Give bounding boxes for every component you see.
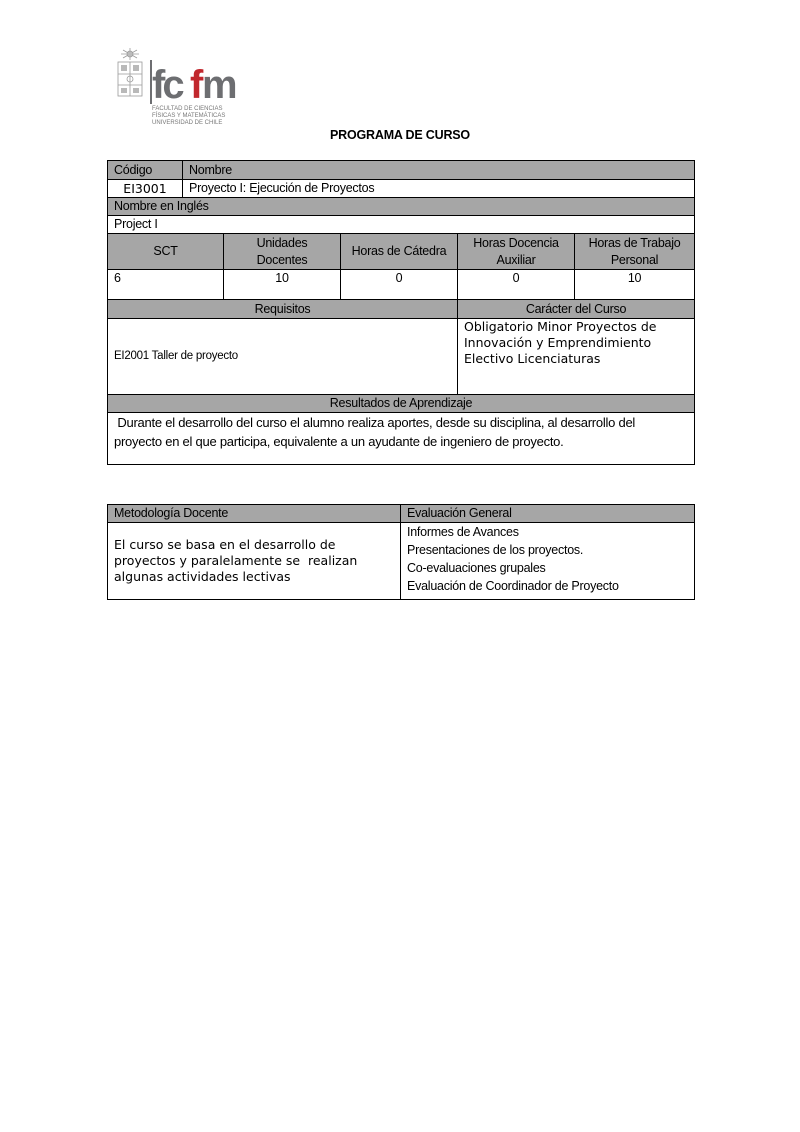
resultados-line: Durante el desarrollo del curso el alumn… xyxy=(114,413,688,432)
svg-text:UNIVERSIDAD DE CHILE: UNIVERSIDAD DE CHILE xyxy=(152,120,222,126)
methodology-table: Metodología Docente Evaluación General E… xyxy=(107,504,695,600)
horas-auxiliar-header: Horas Docencia Auxiliar xyxy=(458,234,575,270)
course-name-english: Project I xyxy=(108,216,695,234)
caracter-line: Electivo Licenciaturas xyxy=(464,351,688,367)
evaluacion-list: Informes de Avances Presentaciones de lo… xyxy=(401,523,695,600)
nombre-ingles-header: Nombre en Inglés xyxy=(108,198,695,216)
nombre-header: Nombre xyxy=(183,161,695,180)
unidades-docentes-value: 10 xyxy=(224,270,341,300)
university-crest-icon: fc f m FACULTAD DE CIENCIAS FÍSICAS Y MA… xyxy=(112,46,238,128)
svg-text:FÍSICAS Y MATEMÁTICAS: FÍSICAS Y MATEMÁTICAS xyxy=(152,112,225,119)
svg-text:FACULTAD DE CIENCIAS: FACULTAD DE CIENCIAS xyxy=(152,106,222,112)
horas-personal-value: 10 xyxy=(575,270,695,300)
horas-personal-header: Horas de Trabajo Personal xyxy=(575,234,695,270)
sct-value: 6 xyxy=(108,270,224,300)
course-code: EI3001 xyxy=(108,180,183,198)
resultados-header: Resultados de Aprendizaje xyxy=(108,395,695,413)
page-title: PROGRAMA DE CURSO xyxy=(0,128,800,142)
caracter-header: Carácter del Curso xyxy=(458,300,695,319)
metodologia-line: algunas actividades lectivas xyxy=(114,569,394,585)
resultados-line: proyecto en el que participa, equivalent… xyxy=(114,432,688,451)
horas-catedra-value: 0 xyxy=(341,270,458,300)
evaluacion-header: Evaluación General xyxy=(401,505,695,523)
evaluacion-item: Informes de Avances xyxy=(407,523,688,541)
requisitos-header: Requisitos xyxy=(108,300,458,319)
svg-text:m: m xyxy=(202,63,236,107)
svg-text:fc: fc xyxy=(152,63,184,107)
sct-header: SCT xyxy=(108,234,224,270)
metodologia-line: proyectos y paralelamente se realizan xyxy=(114,553,394,569)
evaluacion-item: Presentaciones de los proyectos. xyxy=(407,541,688,559)
resultados-value: Durante el desarrollo del curso el alumn… xyxy=(108,413,695,465)
metodologia-value: El curso se basa en el desarrollo de pro… xyxy=(108,523,401,600)
codigo-header: Código xyxy=(108,161,183,180)
caracter-value: Obligatorio Minor Proyectos de Innovació… xyxy=(458,319,695,395)
fcfm-logo: fc f m FACULTAD DE CIENCIAS FÍSICAS Y MA… xyxy=(112,46,238,128)
horas-auxiliar-value: 0 xyxy=(458,270,575,300)
unidades-docentes-header: Unidades Docentes xyxy=(224,234,341,270)
metodologia-header: Metodología Docente xyxy=(108,505,401,523)
caracter-line: Innovación y Emprendimiento xyxy=(464,335,688,351)
horas-catedra-header: Horas de Cátedra xyxy=(341,234,458,270)
course-info-table: Código Nombre EI3001 Proyecto I: Ejecuci… xyxy=(107,160,695,465)
course-name: Proyecto I: Ejecución de Proyectos xyxy=(183,180,695,198)
caracter-line: Obligatorio Minor Proyectos de xyxy=(464,319,688,335)
evaluacion-item: Co-evaluaciones grupales xyxy=(407,559,688,577)
evaluacion-item: Evaluación de Coordinador de Proyecto xyxy=(407,577,688,595)
metodologia-line: El curso se basa en el desarrollo de xyxy=(114,537,394,553)
requisitos-value: EI2001 Taller de proyecto xyxy=(108,319,458,395)
